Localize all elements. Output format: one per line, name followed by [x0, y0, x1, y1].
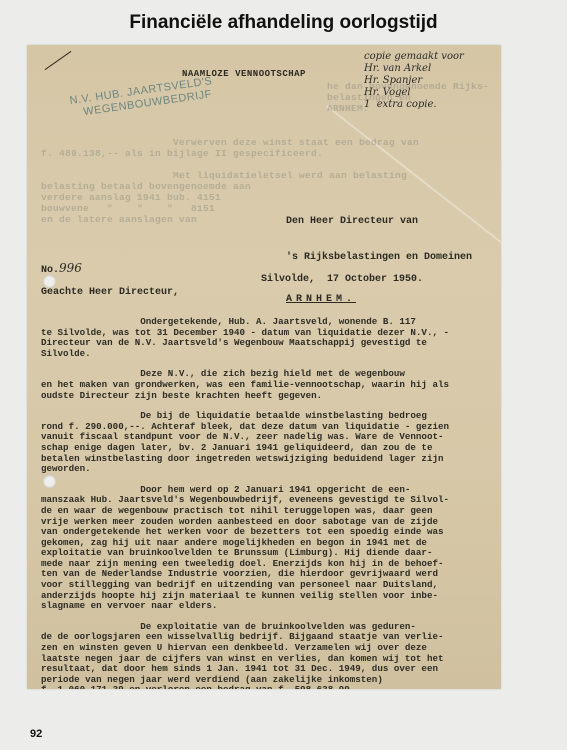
text-line: en het maken van grondwerken, was een fa…: [41, 380, 491, 391]
note-line: Hr. van Arkel: [364, 63, 464, 75]
text-line: de en waar de wegenbouw practisch tot ni…: [41, 506, 491, 517]
addressee-line: Den Heer Directeur van: [286, 216, 472, 228]
paragraph: Ondergetekende, Hub. A. Jaartsveld, wone…: [41, 317, 491, 359]
note-line: copie gemaakt voor: [364, 51, 464, 63]
text-line: schap enige dagen later, bv. 2 Januari 1…: [41, 443, 491, 454]
letter-date: Silvolde, 17 October 1950.: [261, 274, 423, 285]
text-line: geworden.: [41, 464, 491, 475]
reference-value: 996: [59, 261, 82, 275]
paragraph: Door hem werd op 2 Januari 1941 opgerich…: [41, 485, 491, 612]
handwritten-copy-note: copie gemaakt voor Hr. van Arkel Hr. Spa…: [364, 51, 464, 111]
paragraph: De bij de liquidatie betaalde winstbelas…: [41, 411, 491, 475]
text-line: slagname en vervoer naar elders.: [41, 601, 491, 612]
note-line: Hr. Vogel: [364, 87, 464, 99]
text-line: oudste Directeur zijn beste krachten hee…: [41, 391, 491, 402]
paragraph: Deze N.V., die zich bezig hield met de w…: [41, 369, 491, 401]
company-stamp: N.V. HUB. JAARTSVELD'S WEGENBOUWBEDRIJF: [69, 75, 215, 121]
reference-number: No.996: [41, 261, 82, 276]
text-line: Ondergetekende, Hub. A. Jaartsveld, wone…: [41, 317, 491, 328]
letter-body: Ondergetekende, Hub. A. Jaartsveld, wone…: [41, 317, 491, 689]
text-line: Silvolde.: [41, 349, 491, 360]
text-line: f. 1.060.171,39 en verloren een bedrag v…: [41, 685, 491, 689]
addressee-line: 's Rijksbelastingen en Domeinen: [286, 252, 472, 264]
page-number: 92: [30, 728, 42, 740]
company-header: NAAMLOZE VENNOOTSCHAP: [182, 69, 306, 79]
text-line: Directeur van de N.V. Jaartsveld's Wegen…: [41, 338, 491, 349]
text-line: betalen winstbelasting door ingetreden w…: [41, 454, 491, 465]
addressee-block: Den Heer Directeur van 's Rijksbelasting…: [286, 192, 472, 330]
pen-mark: [45, 51, 72, 70]
addressee-city: ARNHEM.: [286, 294, 472, 306]
page-title: Financiële afhandeling oorlogstijd: [0, 12, 567, 34]
note-line: 1 extra copie.: [364, 99, 464, 111]
scanned-letter: he dan bovengenoemde Rijks- belastingen …: [27, 45, 501, 689]
salutation: Geachte Heer Directeur,: [41, 287, 179, 298]
note-line: Hr. Spanjer: [364, 75, 464, 87]
paragraph: De exploitatie van de bruinkoolvelden wa…: [41, 622, 491, 689]
